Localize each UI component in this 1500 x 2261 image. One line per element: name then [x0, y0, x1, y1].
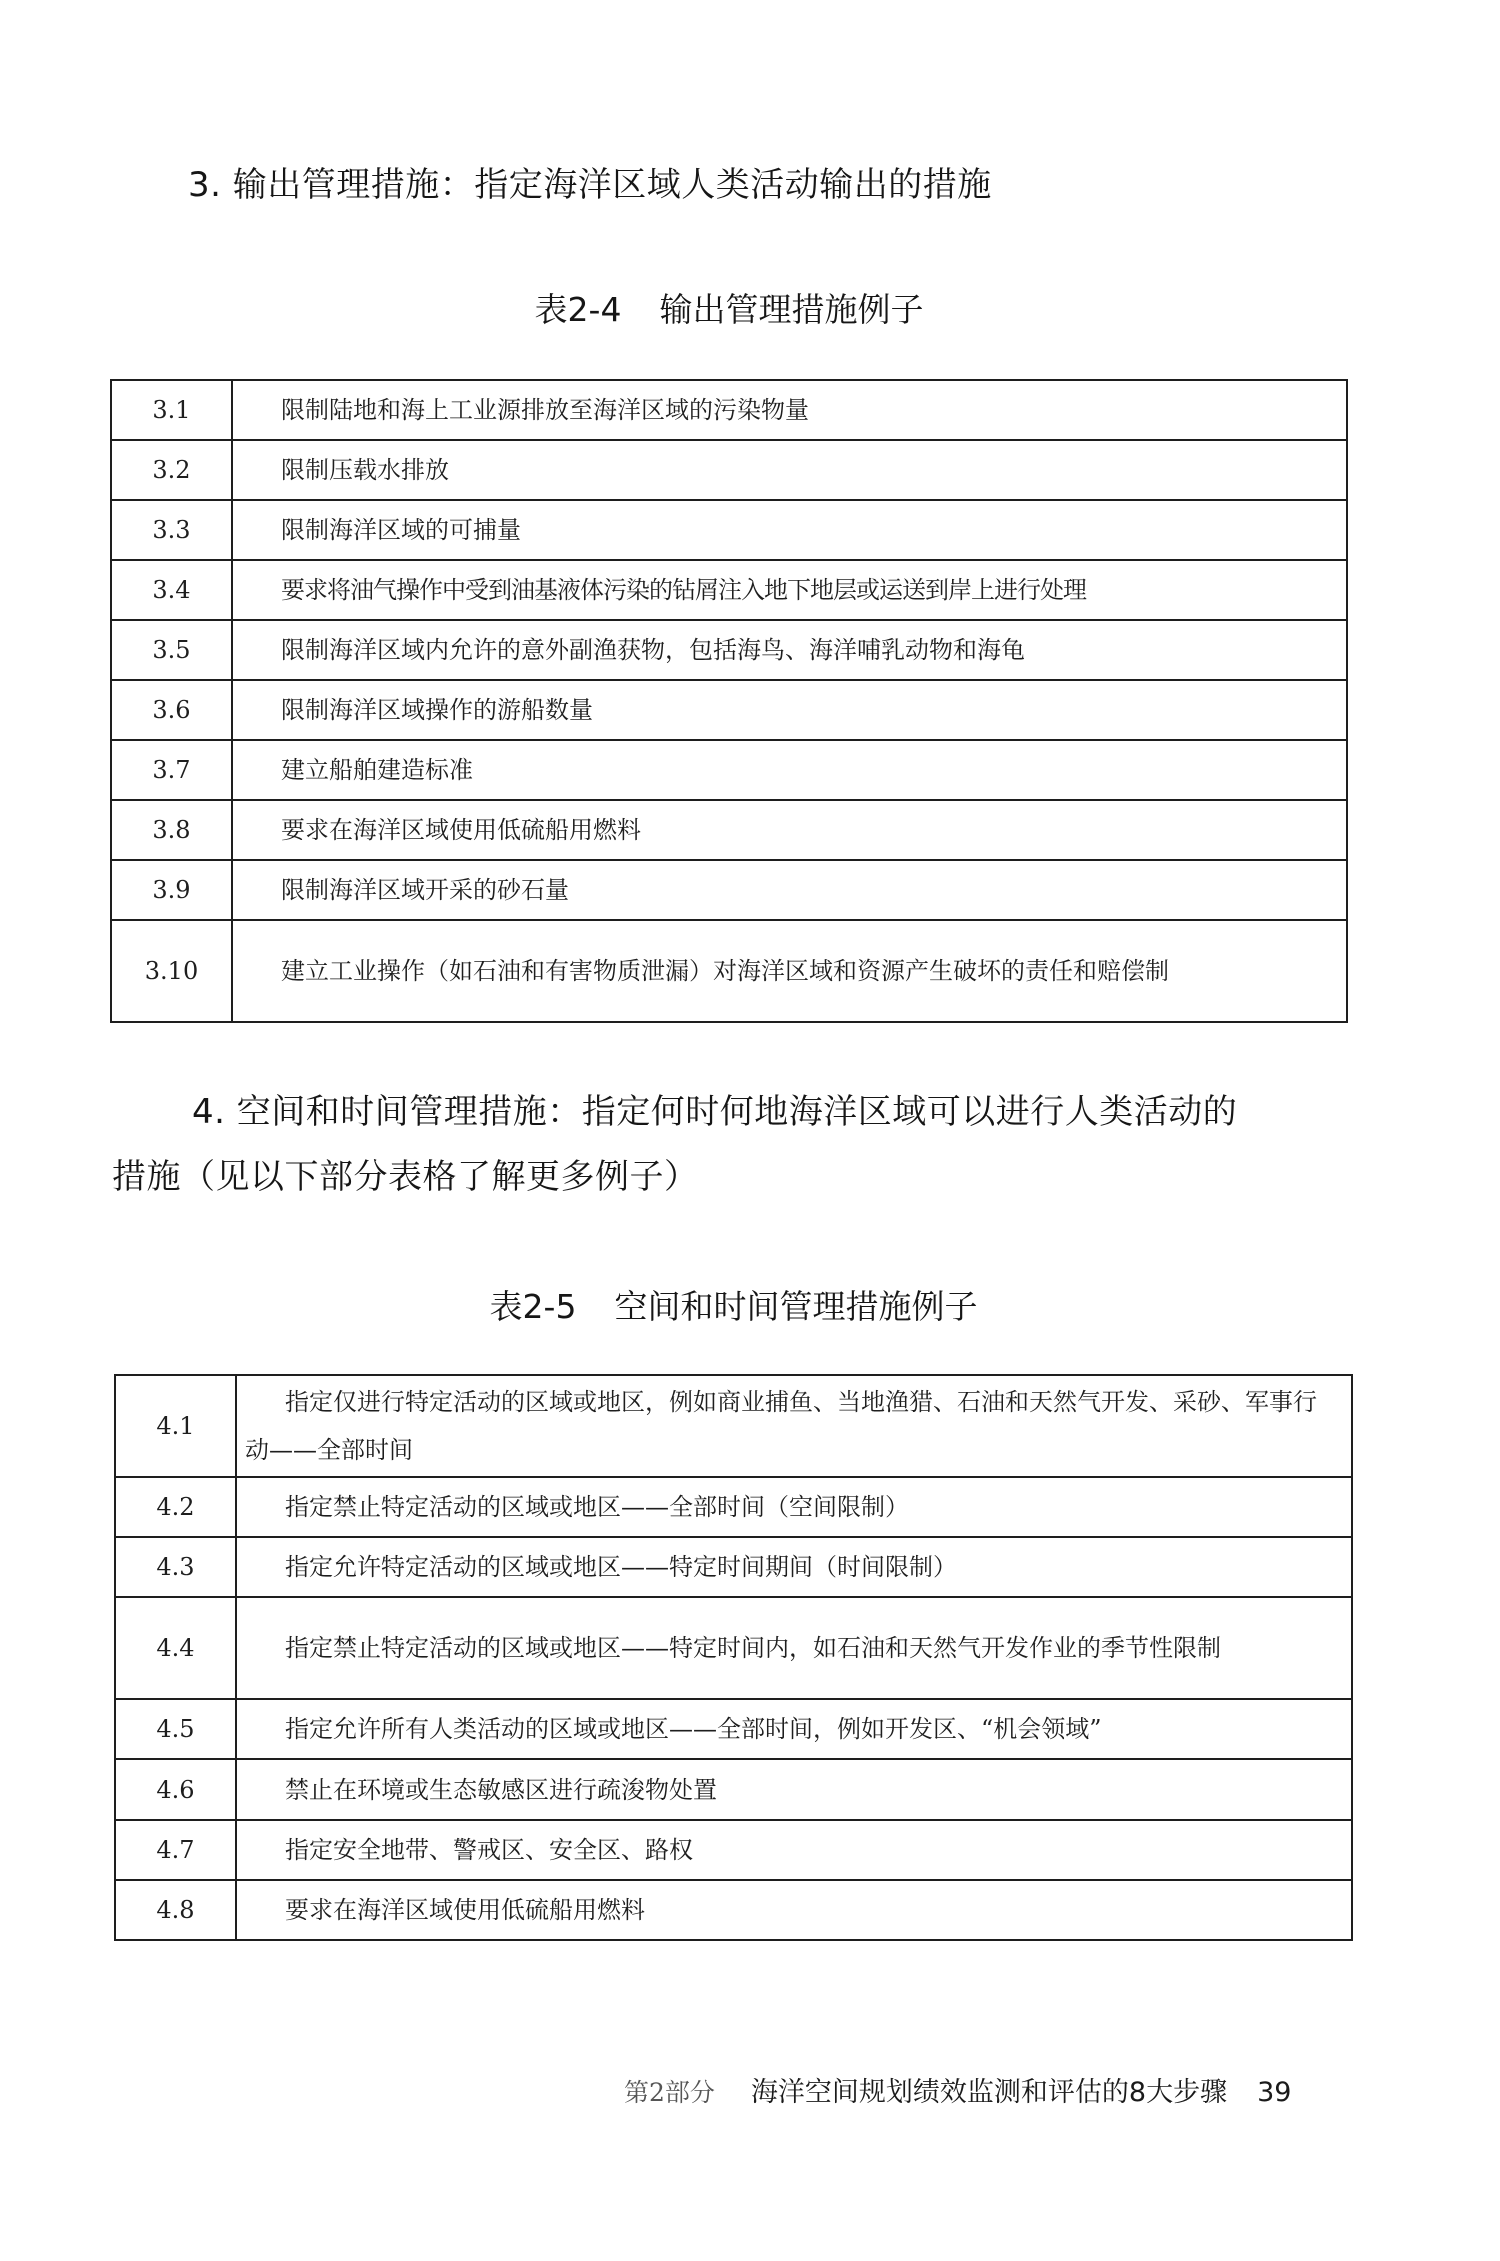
row-id: 3.6 — [111, 680, 232, 740]
table-row: 4.5 指定允许所有人类活动的区域或地区——全部时间，例如开发区、“机会领域” — [115, 1699, 1352, 1759]
table-row: 4.6 禁止在环境或生态敏感区进行疏浚物处置 — [115, 1759, 1352, 1820]
row-text: 指定安全地带、警戒区、安全区、路权 — [236, 1820, 1352, 1880]
row-text: 要求在海洋区域使用低硫船用燃料 — [236, 1880, 1352, 1940]
row-id: 3.4 — [111, 560, 232, 620]
row-id: 4.4 — [115, 1597, 236, 1699]
row-text: 限制陆地和海上工业源排放至海洋区域的污染物量 — [232, 380, 1347, 440]
row-id: 4.1 — [115, 1375, 236, 1477]
table-2-4-caption-label: 表2-4 — [535, 290, 622, 329]
row-text: 限制压载水排放 — [232, 440, 1347, 500]
page-number: 39 — [1257, 2077, 1291, 2108]
row-text: 建立工业操作（如石油和有害物质泄漏）对海洋区域和资源产生破坏的责任和赔偿制 — [232, 920, 1347, 1022]
table-2-4: 3.1 限制陆地和海上工业源排放至海洋区域的污染物量 3.2 限制压载水排放 3… — [110, 379, 1348, 1023]
table-2-5-caption-label: 表2-5 — [490, 1287, 577, 1326]
table-row: 4.4 指定禁止特定活动的区域或地区——特定时间内，如石油和天然气开发作业的季节… — [115, 1597, 1352, 1699]
row-id: 4.7 — [115, 1820, 236, 1880]
table-row: 3.4 要求将油气操作中受到油基液体污染的钻屑注入地下地层或运送到岸上进行处理 — [111, 560, 1347, 620]
section-4-heading-line-1: 4. 空间和时间管理措施：指定何时何地海洋区域可以进行人类活动的 — [192, 1080, 1237, 1145]
table-row: 3.6 限制海洋区域操作的游船数量 — [111, 680, 1347, 740]
row-id: 3.5 — [111, 620, 232, 680]
table-2-5-caption: 表2-5空间和时间管理措施例子 — [114, 1287, 1353, 1327]
row-id: 4.3 — [115, 1537, 236, 1597]
row-id: 4.2 — [115, 1477, 236, 1537]
table-row: 4.3 指定允许特定活动的区域或地区——特定时间期间（时间限制） — [115, 1537, 1352, 1597]
row-text: 指定禁止特定活动的区域或地区——特定时间内，如石油和天然气开发作业的季节性限制 — [236, 1597, 1352, 1699]
row-text: 禁止在环境或生态敏感区进行疏浚物处置 — [236, 1759, 1352, 1820]
table-row: 4.2 指定禁止特定活动的区域或地区——全部时间（空间限制） — [115, 1477, 1352, 1537]
table-2-5-caption-title: 空间和时间管理措施例子 — [614, 1287, 977, 1326]
table-2-4-caption: 表2-4输出管理措施例子 — [110, 290, 1348, 330]
table-row: 4.8 要求在海洋区域使用低硫船用燃料 — [115, 1880, 1352, 1940]
row-id: 3.2 — [111, 440, 232, 500]
table-row: 3.7 建立船舶建造标准 — [111, 740, 1347, 800]
table-row: 3.8 要求在海洋区域使用低硫船用燃料 — [111, 800, 1347, 860]
row-text: 要求将油气操作中受到油基液体污染的钻屑注入地下地层或运送到岸上进行处理 — [232, 560, 1347, 620]
row-id: 3.8 — [111, 800, 232, 860]
row-id: 3.10 — [111, 920, 232, 1022]
row-id: 3.1 — [111, 380, 232, 440]
row-text: 指定禁止特定活动的区域或地区——全部时间（空间限制） — [236, 1477, 1352, 1537]
table-row: 3.9 限制海洋区域开采的砂石量 — [111, 860, 1347, 920]
row-text: 指定允许特定活动的区域或地区——特定时间期间（时间限制） — [236, 1537, 1352, 1597]
footer-book-section-title: 海洋空间规划绩效监测和评估的8大步骤 — [751, 2077, 1227, 2108]
row-text: 要求在海洋区域使用低硫船用燃料 — [232, 800, 1347, 860]
table-row: 3.3 限制海洋区域的可捕量 — [111, 500, 1347, 560]
row-text: 建立船舶建造标准 — [232, 740, 1347, 800]
row-text: 指定允许所有人类活动的区域或地区——全部时间，例如开发区、“机会领域” — [236, 1699, 1352, 1759]
row-text: 限制海洋区域的可捕量 — [232, 500, 1347, 560]
table-row: 3.1 限制陆地和海上工业源排放至海洋区域的污染物量 — [111, 380, 1347, 440]
row-text: 指定仅进行特定活动的区域或地区，例如商业捕鱼、当地渔猎、石油和天然气开发、采砂、… — [236, 1375, 1352, 1477]
table-2-5: 4.1 指定仅进行特定活动的区域或地区，例如商业捕鱼、当地渔猎、石油和天然气开发… — [114, 1374, 1353, 1941]
row-id: 4.8 — [115, 1880, 236, 1940]
section-4-heading-line-2: 措施（见以下部分表格了解更多例子） — [112, 1145, 699, 1210]
row-id: 3.9 — [111, 860, 232, 920]
table-row: 4.1 指定仅进行特定活动的区域或地区，例如商业捕鱼、当地渔猎、石油和天然气开发… — [115, 1375, 1352, 1477]
row-id: 4.6 — [115, 1759, 236, 1820]
row-id: 3.3 — [111, 500, 232, 560]
section-3-heading: 3. 输出管理措施：指定海洋区域人类活动输出的措施 — [188, 153, 992, 218]
row-text: 限制海洋区域内允许的意外副渔获物，包括海鸟、海洋哺乳动物和海龟 — [232, 620, 1347, 680]
row-text: 限制海洋区域操作的游船数量 — [232, 680, 1347, 740]
footer-part-label: 第2部分 — [624, 2078, 715, 2107]
row-id: 3.7 — [111, 740, 232, 800]
row-id: 4.5 — [115, 1699, 236, 1759]
table-row: 4.7 指定安全地带、警戒区、安全区、路权 — [115, 1820, 1352, 1880]
page-footer: 第2部分海洋空间规划绩效监测和评估的8大步骤39 — [624, 2073, 1291, 2113]
row-text: 限制海洋区域开采的砂石量 — [232, 860, 1347, 920]
table-row: 3.2 限制压载水排放 — [111, 440, 1347, 500]
table-row: 3.5 限制海洋区域内允许的意外副渔获物，包括海鸟、海洋哺乳动物和海龟 — [111, 620, 1347, 680]
table-2-4-caption-title: 输出管理措施例子 — [659, 290, 923, 329]
table-row: 3.10 建立工业操作（如石油和有害物质泄漏）对海洋区域和资源产生破坏的责任和赔… — [111, 920, 1347, 1022]
